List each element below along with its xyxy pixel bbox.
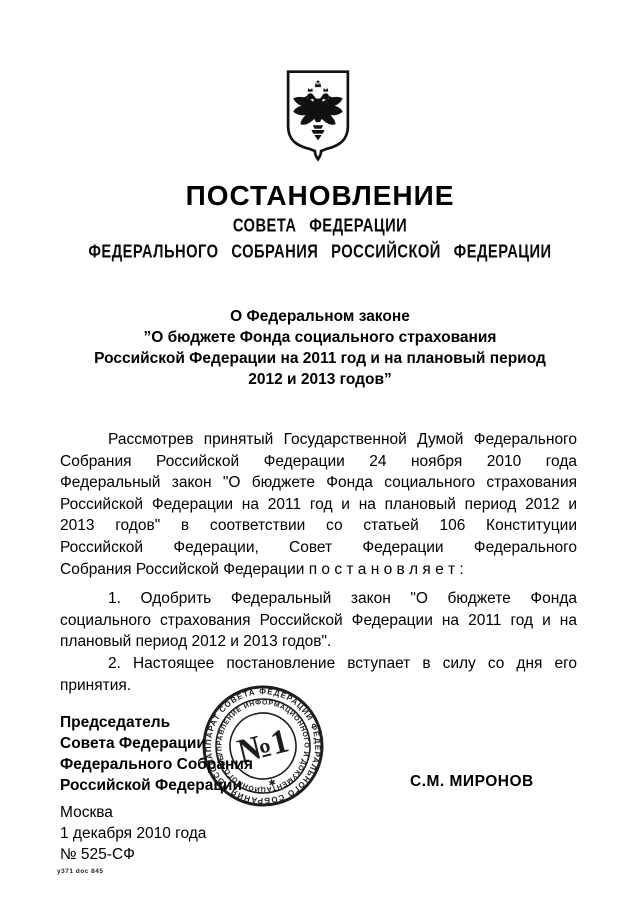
text-line: Российской Федерации, Совет Федерации Фе…: [60, 537, 577, 559]
text-line: Российской Федерации на 2011 год и на пл…: [60, 494, 577, 516]
signatory-name: С.М. МИРОНОВ: [410, 773, 534, 791]
text-line: 1. Одобрить Федеральный закон "О бюджете…: [60, 588, 577, 610]
text-line: Рассмотрев принятый Государственной Думо…: [60, 429, 577, 451]
text-line: Москва: [60, 802, 206, 823]
stamp-number: №1: [234, 722, 293, 770]
place-date-block: Москва1 декабря 2010 года№ 525-СФ: [60, 802, 206, 865]
doc-title-line: ”О бюджете Фонда социального страхования: [62, 327, 578, 348]
text-line: Федеральный закон "О бюджете Фонда социа…: [60, 472, 577, 494]
body-paragraph-item-1: 1. Одобрить Федеральный закон "О бюджете…: [60, 588, 577, 653]
doc-title-line: О Федеральном законе: [62, 306, 578, 327]
text-line: принятия.: [60, 675, 577, 697]
coat-of-arms-icon: [284, 68, 352, 164]
text-line: плановый период 2012 и 2013 годов".: [60, 631, 577, 653]
text-line: Собрания Российской Федерации п о с т а …: [60, 559, 577, 581]
doc-title-line: Российской Федерации на 2011 год и на пл…: [62, 348, 578, 369]
text-line: Собрания Российской Федерации 24 ноября …: [60, 451, 577, 473]
body-text: Рассмотрев принятый Государственной Думо…: [60, 429, 577, 696]
doc-title-line: 2012 и 2013 годов”: [62, 369, 578, 390]
doc-type-heading: ПОСТАНОВЛЕНИЕ: [0, 180, 640, 212]
body-paragraph-item-2: 2. Настоящее постановление вступает в си…: [60, 653, 577, 696]
text-line: № 525-СФ: [60, 844, 206, 865]
doc-title: О Федеральном законе ”О бюджете Фонда со…: [62, 306, 578, 390]
org-name-line-1: СОВЕТА ФЕДЕРАЦИИ: [26, 216, 615, 237]
body-paragraph: Рассмотрев принятый Государственной Думо…: [60, 429, 577, 580]
text-line: 2. Настоящее постановление вступает в си…: [60, 653, 577, 675]
text-line: социального страхования Российской Федер…: [60, 610, 577, 632]
footer-code: у371 doc 845: [57, 868, 103, 875]
text-line: 1 декабря 2010 года: [60, 823, 206, 844]
org-name-line-2: ФЕДЕРАЛЬНОГО СОБРАНИЯ РОССИЙСКОЙ ФЕДЕРАЦ…: [26, 242, 615, 263]
stamp-star-icon: ✱: [267, 777, 277, 789]
document-page: ПОСТАНОВЛЕНИЕ СОВЕТА ФЕДЕРАЦИИ ФЕДЕРАЛЬН…: [0, 0, 640, 905]
text-line: 2013 годов" в соответствии со статьей 10…: [60, 515, 577, 537]
